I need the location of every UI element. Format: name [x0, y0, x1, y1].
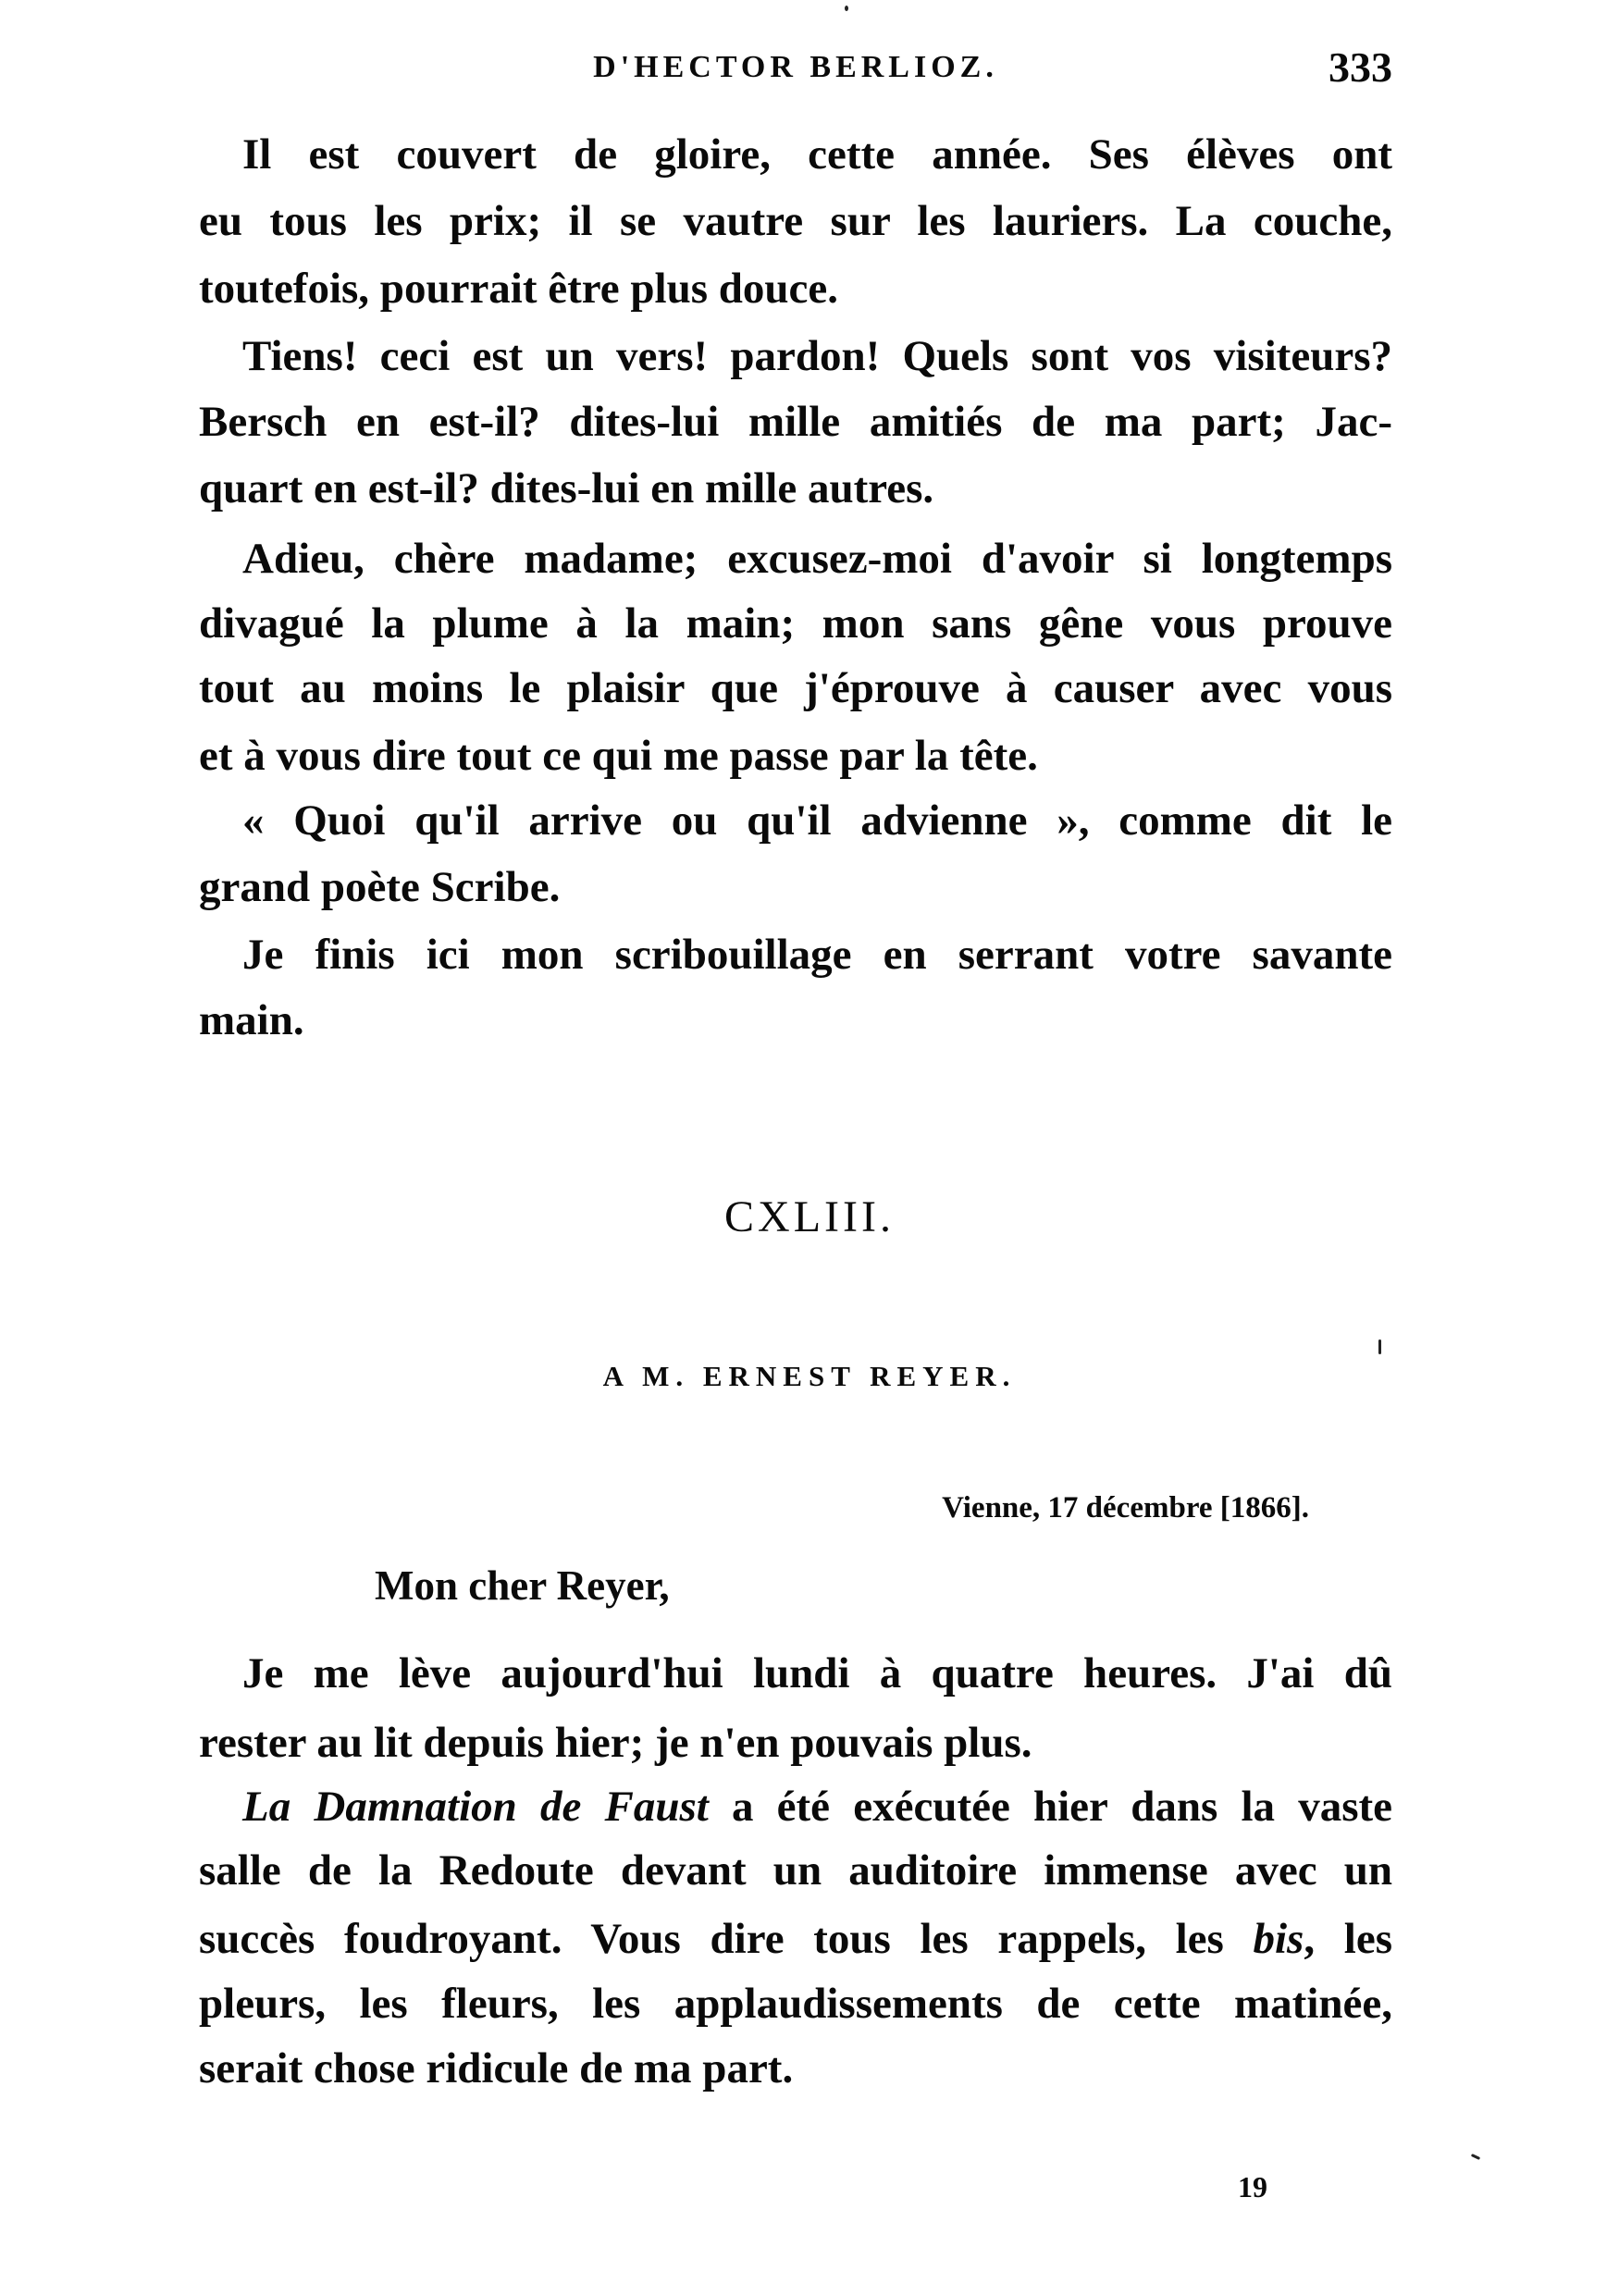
text-line: « Quoi qu'il arrive ou qu'il advienne »,…	[242, 795, 1392, 846]
signature-mark: 19	[1238, 2170, 1267, 2204]
text-line: divagué la plume à la main; mon sans gên…	[199, 598, 1392, 649]
letter-dateline: Vienne, 17 décembre [1866].	[942, 1491, 1309, 1525]
text-span: succès foudroyant. Vous dire tous les ra…	[199, 1915, 1254, 1963]
text-line: Bersch en est-il? dites-lui mille amitié…	[199, 396, 1392, 448]
page-number: 333	[1329, 43, 1392, 92]
running-title: D'HECTOR BERLIOZ.	[199, 50, 1392, 85]
text-line: eu tous les prix; il se vautre sur les l…	[199, 195, 1392, 247]
text-line: grand poète Scribe.	[199, 861, 1392, 913]
text-line: La Damnation de Faust a été exécutée hie…	[242, 1781, 1392, 1833]
text-line: et à vous dire tout ce qui me passe par …	[199, 730, 1392, 782]
text-span: a été exécutée hier dans la vaste	[709, 1783, 1392, 1831]
text-line: pleurs, les fleurs, les applaudissements…	[199, 1978, 1392, 2030]
text-line: succès foudroyant. Vous dire tous les ra…	[199, 1913, 1392, 1965]
text-span: , les	[1304, 1915, 1392, 1963]
italic-word: bis	[1254, 1915, 1304, 1963]
text-line: Adieu, chère madame; excusez-moi d'avoir…	[242, 533, 1392, 585]
text-line: Je me lève aujourd'hui lundi à quatre he…	[242, 1648, 1392, 1699]
letter-number: CXLIII.	[0, 1191, 1619, 1242]
letter-addressee: A M. ERNEST REYER.	[0, 1360, 1619, 1393]
scan-speck	[1471, 2154, 1480, 2160]
text-line: Tiens! ceci est un vers! pardon! Quels s…	[242, 330, 1392, 382]
text-line: Il est couvert de gloire, cette année. S…	[242, 129, 1392, 180]
text-line: toutefois, pourrait être plus douce.	[199, 263, 1392, 315]
book-page: D'HECTOR BERLIOZ. 333 Il est couvert de …	[0, 0, 1619, 2296]
scan-speck	[845, 6, 848, 11]
letter-salutation: Mon cher Reyer,	[375, 1562, 670, 1610]
text-line: rester au lit depuis hier; je n'en pouva…	[199, 1717, 1392, 1769]
text-line: salle de la Redoute devant un auditoire …	[199, 1845, 1392, 1896]
text-line: main.	[199, 994, 1392, 1046]
running-head: D'HECTOR BERLIOZ. 333	[199, 43, 1392, 91]
text-line: tout au moins le plaisir que j'éprouve à…	[199, 662, 1392, 714]
text-line: quart en est-il? dites-lui en mille autr…	[199, 463, 1392, 514]
scan-speck	[1378, 1339, 1381, 1354]
text-line: serait chose ridicule de ma part.	[199, 2043, 1392, 2094]
text-line: Je finis ici mon scribouillage en serran…	[242, 929, 1392, 981]
work-title: La Damnation de Faust	[242, 1783, 709, 1831]
